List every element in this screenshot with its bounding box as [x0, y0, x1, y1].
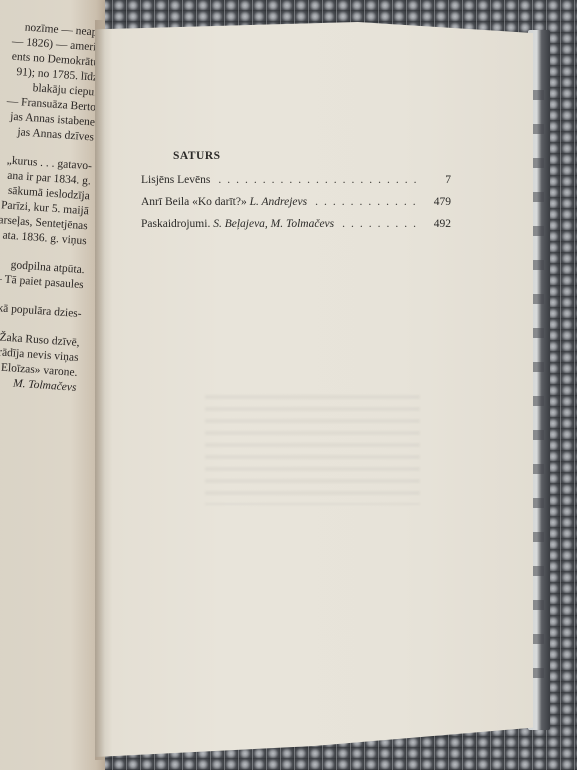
toc-entry: Lisjēns Levēns .........................… — [141, 174, 451, 196]
right-page — [95, 22, 533, 757]
entry-author: L. Andrejevs — [250, 196, 308, 208]
entry-title: Lisjēns Levēns — [141, 174, 210, 186]
entry-author: S. Beļajeva, M. Tolmačevs — [213, 218, 334, 230]
toc-page-number: 492 — [425, 218, 451, 230]
toc-page-number: 479 — [425, 196, 451, 208]
gutter-shadow — [95, 20, 105, 760]
left-page-text: nozīme — neap- — 1826) — ameri- ents no … — [0, 18, 102, 396]
toc-entry-title: Lisjēns Levēns — [141, 174, 210, 186]
entry-title: Anrī Beila «Ko darīt?» — [141, 196, 247, 208]
table-of-contents: SATURS Lisjēns Levēns ..................… — [141, 150, 451, 240]
show-through-text — [205, 395, 420, 505]
toc-entry-title: Anrī Beila «Ko darīt?» L. Andrejevs — [141, 196, 307, 208]
entry-title: Paskaidrojumi. — [141, 218, 210, 230]
toc-title: SATURS — [173, 150, 451, 162]
toc-entry: Paskaidrojumi. S. Beļajeva, M. Tolmačevs… — [141, 218, 451, 240]
toc-entry: Anrī Beila «Ko darīt?» L. Andrejevs ....… — [141, 196, 451, 218]
leader-dots: ............................... — [218, 174, 417, 186]
leader-dots: ............................... — [315, 196, 417, 208]
leader-dots: ............................... — [342, 218, 417, 230]
toc-entry-title: Paskaidrojumi. S. Beļajeva, M. Tolmačevs — [141, 218, 334, 230]
toc-page-number: 7 — [425, 174, 451, 186]
left-page: nozīme — neap- — 1826) — ameri- ents no … — [0, 0, 105, 770]
